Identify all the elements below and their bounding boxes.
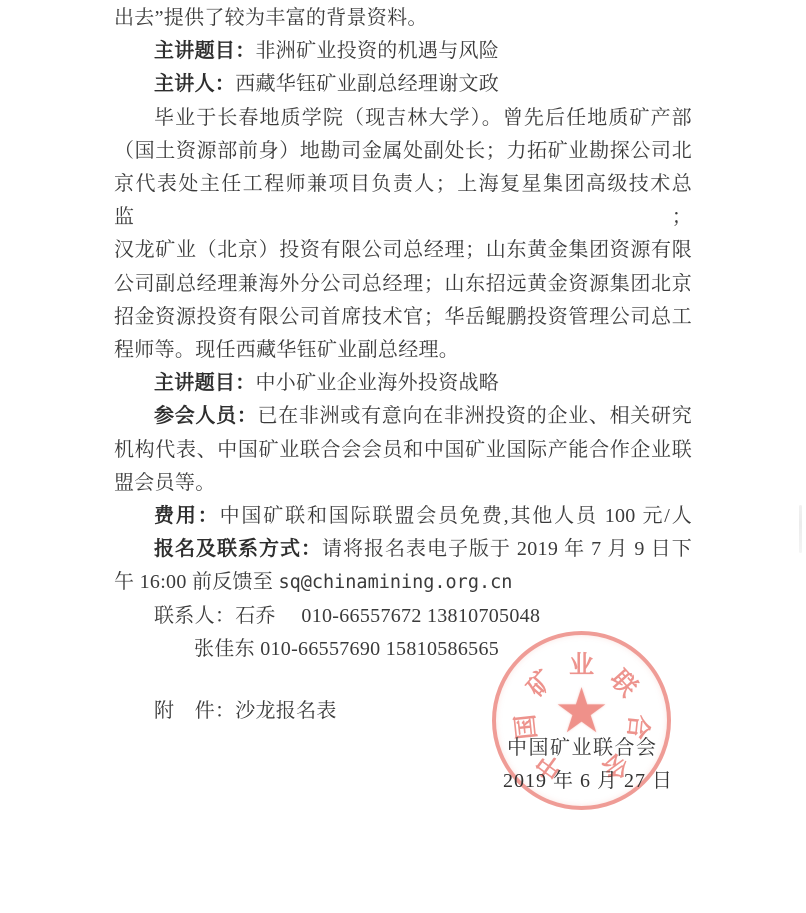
line-label: 参会人员： (154, 405, 258, 427)
seal-ring-char: 联 (603, 660, 646, 703)
line-text: 公司副总经理兼海外分公司总经理；山东招远黄金资源集团北京 (114, 273, 692, 295)
seal-ring-char: 业 (569, 645, 594, 681)
line-text: （国土资源部前身）地勘司金属处副处长；力拓矿业勘探公司北 (114, 140, 692, 162)
line-label: 主讲题目： (154, 372, 256, 394)
text-line: 参会人员：已在非洲或有意向在非洲投资的企业、相关研究 (114, 400, 692, 433)
text-line: 公司副总经理兼海外分公司总经理；山东招远黄金资源集团北京 (114, 268, 692, 301)
line-text: 请将报名表电子版于 2019 年 7 月 9 日下 (322, 538, 692, 560)
line-text: 出去”提供了较为丰富的背景资料。 (114, 7, 428, 29)
text-line: 主讲人：西藏华钰矿业副总经理谢文政 (114, 68, 692, 101)
line-text: 汉龙矿业（北京）投资有限公司总经理；山东黄金集团资源有限 (114, 239, 692, 261)
line-text: 京代表处主任工程师兼项目负责人；上海复星集团高级技术总监； (114, 173, 692, 228)
line-text: 中小矿业企业海外投资战略 (256, 372, 500, 394)
line-text: 西藏华钰矿业副总经理谢文政 (235, 73, 499, 95)
line-text: 盟会员等。 (114, 472, 216, 494)
line-text: 附 件：沙龙报名表 (154, 700, 337, 722)
text-line: 机构代表、中国矿业联合会会员和中国矿业国际产能合作企业联 (114, 434, 692, 467)
document-body: 出去”提供了较为丰富的背景资料。主讲题目：非洲矿业投资的机遇与风险主讲人：西藏华… (114, 2, 692, 728)
signature-org: 中国矿业联合会 (507, 731, 658, 760)
text-line: 出去”提供了较为丰富的背景资料。 (114, 2, 692, 35)
text-line: 费用：中国矿联和国际联盟会员免费,其他人员 100 元/人 (114, 500, 692, 533)
line-text: 张佳东 010-66557690 15810586565 (194, 638, 499, 660)
line-label: 主讲题目： (154, 40, 256, 62)
line-text: 已在非洲或有意向在非洲投资的企业、相关研究 (258, 405, 692, 427)
line-label: 费用： (154, 505, 220, 527)
text-line: 招金资源投资有限公司首席技术官；华岳鲲鹏投资管理公司总工 (114, 301, 692, 334)
text-line: 联系人：石乔 010-66557672 13810705048 (114, 600, 692, 633)
text-line: （国土资源部前身）地勘司金属处副处长；力拓矿业勘探公司北 (114, 135, 692, 168)
line-text: sq@chinamining.org.cn (278, 572, 512, 593)
line-label: 报名及联系方式： (154, 538, 322, 560)
text-line: 午 16:00 前反馈至 sq@chinamining.org.cn (114, 566, 692, 599)
text-line: 主讲题目：中小矿业企业海外投资战略 (114, 367, 692, 400)
text-line: 汉龙矿业（北京）投资有限公司总经理；山东黄金集团资源有限 (114, 234, 692, 267)
text-line: 京代表处主任工程师兼项目负责人；上海复星集团高级技术总监； (114, 168, 692, 234)
text-line: 报名及联系方式：请将报名表电子版于 2019 年 7 月 9 日下 (114, 533, 692, 566)
text-line: 毕业于长春地质学院（现吉林大学）。曾先后任地质矿产部 (114, 102, 692, 135)
line-text: 非洲矿业投资的机遇与风险 (256, 40, 500, 62)
scan-artifact (799, 505, 802, 553)
line-label: 主讲人： (154, 73, 235, 95)
text-line: 盟会员等。 (114, 467, 692, 500)
text-line: 主讲题目：非洲矿业投资的机遇与风险 (114, 35, 692, 68)
text-line: 程师等。现任西藏华钰矿业副总经理。 (114, 334, 692, 367)
line-text: 午 16:00 前反馈至 (114, 571, 278, 593)
document-page: 出去”提供了较为丰富的背景资料。主讲题目：非洲矿业投资的机遇与风险主讲人：西藏华… (0, 0, 806, 913)
signature-date: 2019 年 6 月 27 日 (503, 764, 673, 793)
line-text: 程师等。现任西藏华钰矿业副总经理。 (114, 339, 459, 361)
line-text: 中国矿联和国际联盟会员免费,其他人员 100 元/人 (220, 505, 692, 527)
line-text: 联系人：石乔 010-66557672 13810705048 (154, 605, 540, 627)
line-text: 毕业于长春地质学院（现吉林大学）。曾先后任地质矿产部 (154, 107, 692, 129)
line-text: 招金资源投资有限公司首席技术官；华岳鲲鹏投资管理公司总工 (114, 306, 692, 328)
line-text: 机构代表、中国矿业联合会会员和中国矿业国际产能合作企业联 (114, 439, 692, 461)
